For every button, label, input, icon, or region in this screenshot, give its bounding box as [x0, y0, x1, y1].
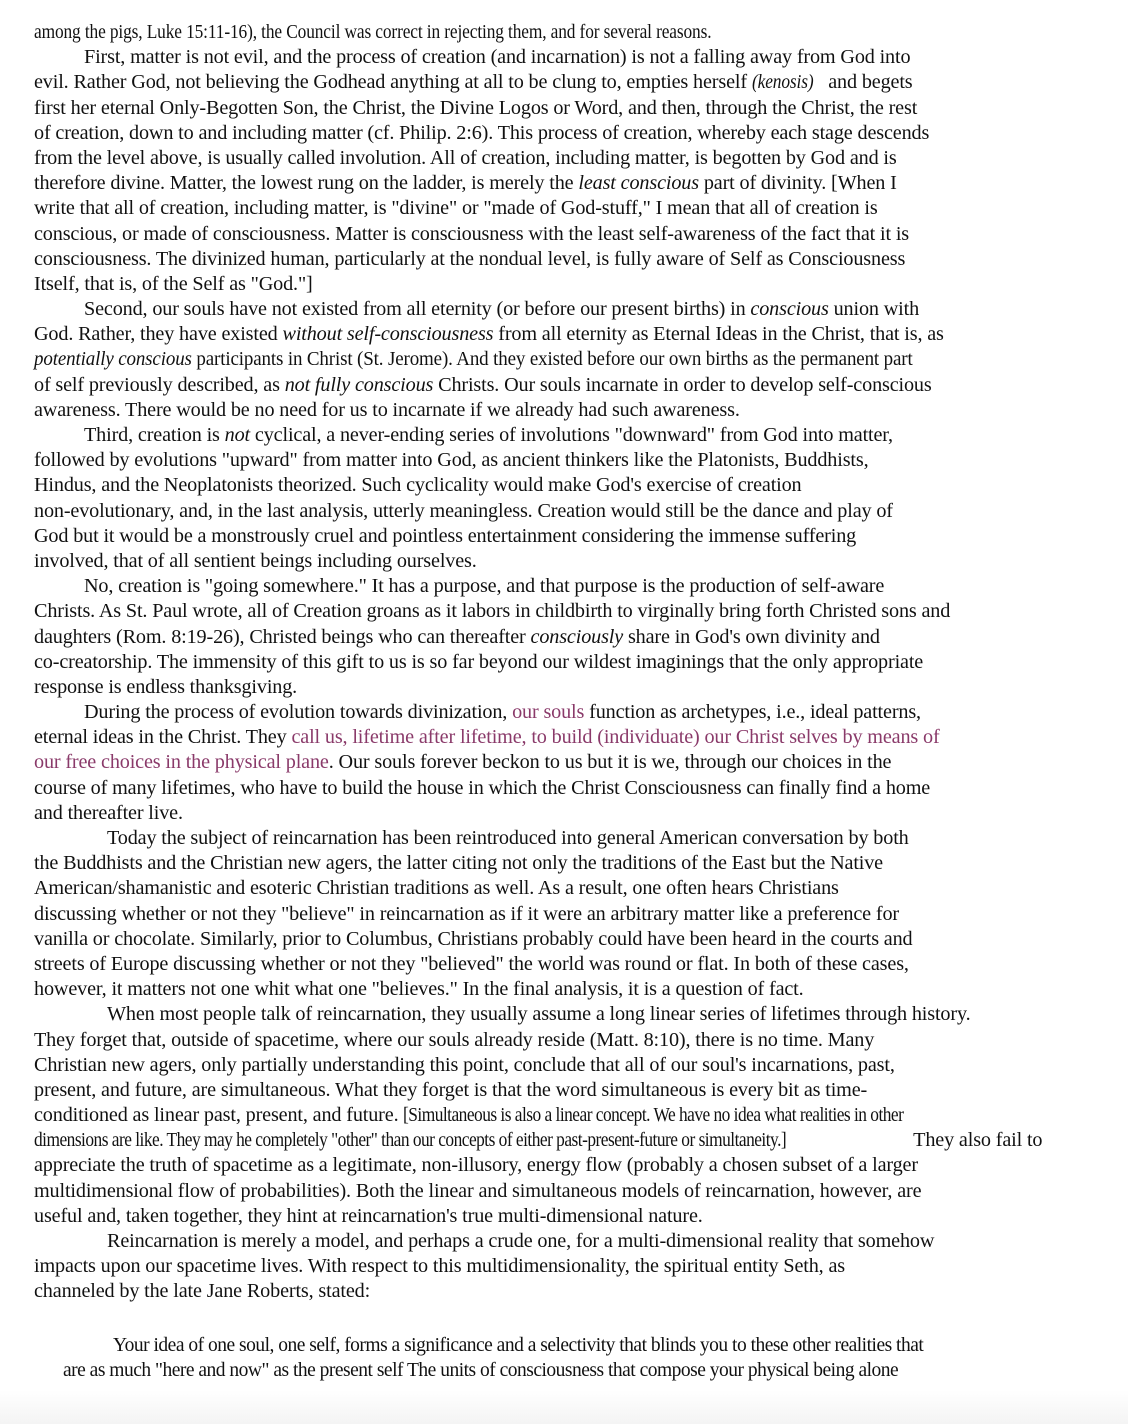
text-span: therefore divine. Matter, the lowest run…	[34, 172, 578, 194]
text-span: evil. Rather God, not believing the Godh…	[34, 71, 752, 93]
text-line: Christs. As St. Paul wrote, all of Creat…	[34, 599, 1074, 624]
text-span: cyclical, a never-ending series of invol…	[250, 424, 893, 446]
text-span: from all eternity as Eternal Ideas in th…	[493, 323, 943, 345]
text-line: American/shamanistic and esoteric Christ…	[34, 876, 1074, 901]
text-line: When most people talk of reincarnation, …	[34, 1002, 1074, 1027]
document-page: among the pigs, Luke 15:11-16), the Coun…	[34, 20, 1074, 1305]
text-span: Christs. Our souls incarnate in order to…	[433, 374, 931, 396]
text-line: channeled by the late Jane Roberts, stat…	[34, 1279, 1074, 1304]
text-span: function as archetypes, i.e., ideal patt…	[584, 701, 921, 723]
text-line: followed by evolutions "upward" from mat…	[34, 448, 1074, 473]
text-line: however, it matters not one whit what on…	[34, 977, 1074, 1002]
italic-term: consciously	[531, 626, 624, 648]
text-line: Christian new agers, only partially unde…	[34, 1053, 1074, 1078]
text-line: our free choices in the physical plane. …	[34, 750, 1074, 775]
text-line: Hindus, and the Neoplatonists theorized.…	[34, 473, 1074, 498]
text-line: awareness. There would be no need for us…	[34, 398, 1074, 423]
bracketed-note: dimensions are like. They may he complet…	[34, 1128, 786, 1153]
text-span: share in God's own divinity and	[623, 626, 880, 648]
text-span: daughters (Rom. 8:19-26), Christed being…	[34, 626, 531, 648]
quote-line: Your idea of one soul, one self, forms a…	[0, 1333, 1128, 1358]
text-line: appreciate the truth of spacetime as a l…	[34, 1153, 1074, 1178]
text-span: part of divinity. [When I	[699, 172, 897, 194]
italic-term: potentially conscious	[34, 348, 192, 370]
block-quote: Your idea of one soul, one self, forms a…	[0, 1333, 1128, 1383]
text-line: consciousness. The divinized human, part…	[34, 247, 1074, 272]
text-line: of self previously described, as not ful…	[34, 373, 1074, 398]
text-line: Today the subject of reincarnation has b…	[34, 826, 1074, 851]
text-line: Reincarnation is merely a model, and per…	[34, 1229, 1074, 1254]
text-span: Second, our souls have not existed from …	[84, 298, 750, 320]
italic-term: (kenosis)	[752, 70, 814, 95]
highlighted-phrase: our free choices in the physical plane	[34, 751, 329, 773]
text-span: and begets	[823, 71, 912, 93]
italic-term: without self-consciousness	[283, 323, 494, 345]
text-line: therefore divine. Matter, the lowest run…	[34, 171, 1074, 196]
text-line: of creation, down to and including matte…	[34, 121, 1074, 146]
text-span: . Our souls forever beckon to us but it …	[329, 751, 892, 773]
quote-line: are as much "here and now" as the presen…	[0, 1358, 1128, 1383]
text-span: God. Rather, they have existed	[34, 323, 283, 345]
text-line: eternal ideas in the Christ. They call u…	[34, 725, 1074, 750]
text-line: multidimensional flow of probabilities).…	[34, 1179, 1074, 1204]
text-line: potentially conscious participants in Ch…	[34, 347, 913, 372]
text-line: and thereafter live.	[34, 801, 1074, 826]
highlighted-phrase: our souls	[512, 701, 584, 723]
text-span: conditioned as linear past, present, and…	[34, 1104, 403, 1126]
text-line: Third, creation is not cyclical, a never…	[34, 423, 1074, 448]
text-span: They also fail to	[909, 1129, 1043, 1151]
text-line: response is endless thanksgiving.	[34, 675, 1074, 700]
text-line: vanilla or chocolate. Similarly, prior t…	[34, 927, 1074, 952]
text-line: During the process of evolution towards …	[34, 700, 1074, 725]
italic-term: conscious	[750, 298, 828, 320]
italic-term: least conscious	[578, 172, 699, 194]
text-line: evil. Rather God, not believing the Godh…	[34, 70, 1074, 95]
text-line: conditioned as linear past, present, and…	[34, 1103, 1074, 1128]
text-line: course of many lifetimes, who have to bu…	[34, 776, 1074, 801]
bracketed-note: [Simultaneous is also a linear concept. …	[403, 1103, 903, 1128]
text-line: involved, that of all sentient beings in…	[34, 549, 1074, 574]
text-line: God. Rather, they have existed without s…	[34, 322, 1074, 347]
text-line: dimensions are like. They may he complet…	[34, 1128, 1074, 1153]
text-line: discussing whether or not they "believe"…	[34, 902, 1074, 927]
text-line: co-creatorship. The immensity of this gi…	[34, 650, 1074, 675]
italic-term: not	[225, 424, 250, 446]
text-line: No, creation is "going somewhere." It ha…	[34, 574, 1074, 599]
text-line: present, and future, are simultaneous. W…	[34, 1078, 1074, 1103]
text-line: God but it would be a monstrously cruel …	[34, 524, 1074, 549]
text-span: participants in Christ (St. Jerome). And…	[192, 348, 913, 370]
text-line: conscious, or made of consciousness. Mat…	[34, 222, 1074, 247]
text-line: among the pigs, Luke 15:11-16), the Coun…	[34, 20, 711, 45]
text-span: of self previously described, as	[34, 374, 285, 396]
highlighted-phrase: call us, lifetime after lifetime, to bui…	[291, 726, 939, 748]
text-line: First, matter is not evil, and the proce…	[34, 45, 1074, 70]
page-bottom-edge	[0, 1390, 1128, 1424]
italic-term: not fully conscious	[285, 374, 434, 396]
text-line: streets of Europe discussing whether or …	[34, 952, 1074, 977]
text-span: During the process of evolution towards …	[84, 701, 512, 723]
text-span: Third, creation is	[84, 424, 225, 446]
text-line: Itself, that is, of the Self as "God."]	[34, 272, 1074, 297]
text-line: from the level above, is usually called …	[34, 146, 1074, 171]
text-span: union with	[829, 298, 919, 320]
text-line: first her eternal Only-Begotten Son, the…	[34, 96, 1074, 121]
text-span: eternal ideas in the Christ. They	[34, 726, 291, 748]
text-line: useful and, taken together, they hint at…	[34, 1204, 1074, 1229]
text-line: daughters (Rom. 8:19-26), Christed being…	[34, 625, 1074, 650]
text-line: impacts upon our spacetime lives. With r…	[34, 1254, 1074, 1279]
text-line: non-evolutionary, and, in the last analy…	[34, 499, 1074, 524]
text-line: Second, our souls have not existed from …	[34, 297, 1074, 322]
text-line: They forget that, outside of spacetime, …	[34, 1028, 1074, 1053]
text-line: write that all of creation, including ma…	[34, 196, 1074, 221]
text-line: the Buddhists and the Christian new ager…	[34, 851, 1074, 876]
